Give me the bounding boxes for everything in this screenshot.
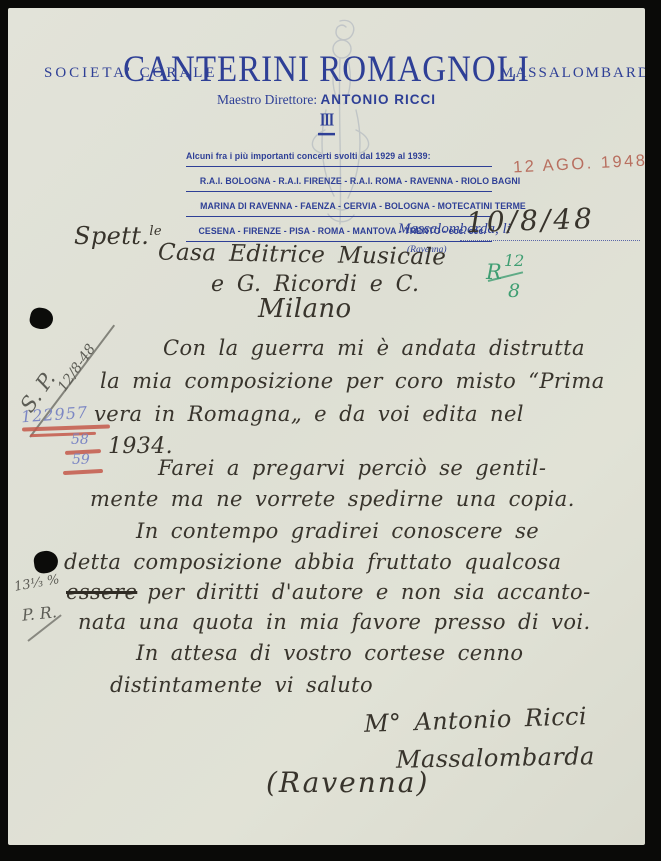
concert-line-1: R.A.I. BOLOGNA - R.A.I. FIRENZE - R.A.I.… [186, 171, 492, 192]
letter-paper: SOCIETA' CORALE CANTERINI ROMAGNOLI MASS… [8, 8, 645, 845]
ornament-mark: III [8, 114, 645, 133]
body-line-8: detta composizione abbia fruttato qualco… [64, 550, 561, 574]
salutation: Spett.le [74, 222, 162, 250]
body-line-7: In contempo gradirei conoscere se [136, 519, 539, 543]
margin-blue-number-2: 58 [71, 432, 89, 448]
punch-hole-bottom [33, 549, 60, 574]
margin-diagonal-date: 12/8-48 [55, 341, 99, 394]
concert-line-2: MARINA DI RAVENNA - FAENZA - CERVIA - BO… [186, 196, 492, 217]
body-line-11: In attesa di vostro cortese cenno [136, 641, 523, 665]
punch-hole-top [28, 306, 55, 331]
body-line-10: nata una quota in mia favore presso di v… [78, 610, 591, 634]
body-line-2: la mia composizione per coro misto “Prim… [100, 369, 605, 393]
margin-blue-number: 122957 [20, 403, 88, 427]
signature: M° Antonio Ricci [364, 702, 588, 738]
society-name-right: MASSALOMBARDA [500, 65, 645, 82]
struck-word: essere [66, 580, 137, 604]
margin-blue-number-3: 59 [72, 452, 90, 468]
margin-percent-note: 13⅓ % [13, 572, 61, 595]
concert-intro-line: Alcuni fra i più importanti concerti svo… [186, 146, 492, 167]
date-stamp: 12 AGO. 1948 [513, 151, 645, 177]
director-label: Maestro Direttore: [217, 92, 317, 107]
body-line-3: vera in Romagna„ e da voi edita nel [94, 402, 524, 426]
director-name: ANTONIO RICCI [320, 92, 436, 107]
director-line: Maestro Direttore: ANTONIO RICCI [8, 92, 645, 108]
address-line-3: Milano [258, 294, 352, 324]
handwritten-date: 10/8/48 [465, 202, 595, 239]
address-line-1: Casa Editrice Musicale [158, 239, 447, 270]
body-line-5: Farei a pregarvi perciò se gentil- [158, 456, 546, 480]
scanned-letter: SOCIETA' CORALE CANTERINI ROMAGNOLI MASS… [0, 0, 661, 861]
red-underline-3 [63, 469, 103, 475]
green-note-denominator: 8 [508, 280, 520, 302]
body-line-12: distintamente vi saluto [110, 673, 373, 697]
body-line-1: Con la guerra mi è andata distrutta [163, 336, 585, 360]
signature-place-2: (Ravenna) [266, 766, 429, 799]
body-line-9: essereper diritti d'autore e non sia acc… [66, 580, 591, 604]
green-note-numerator: 12 [504, 251, 524, 270]
body-line-6: mente ma ne vorrete spedirne una copia. [90, 487, 575, 511]
